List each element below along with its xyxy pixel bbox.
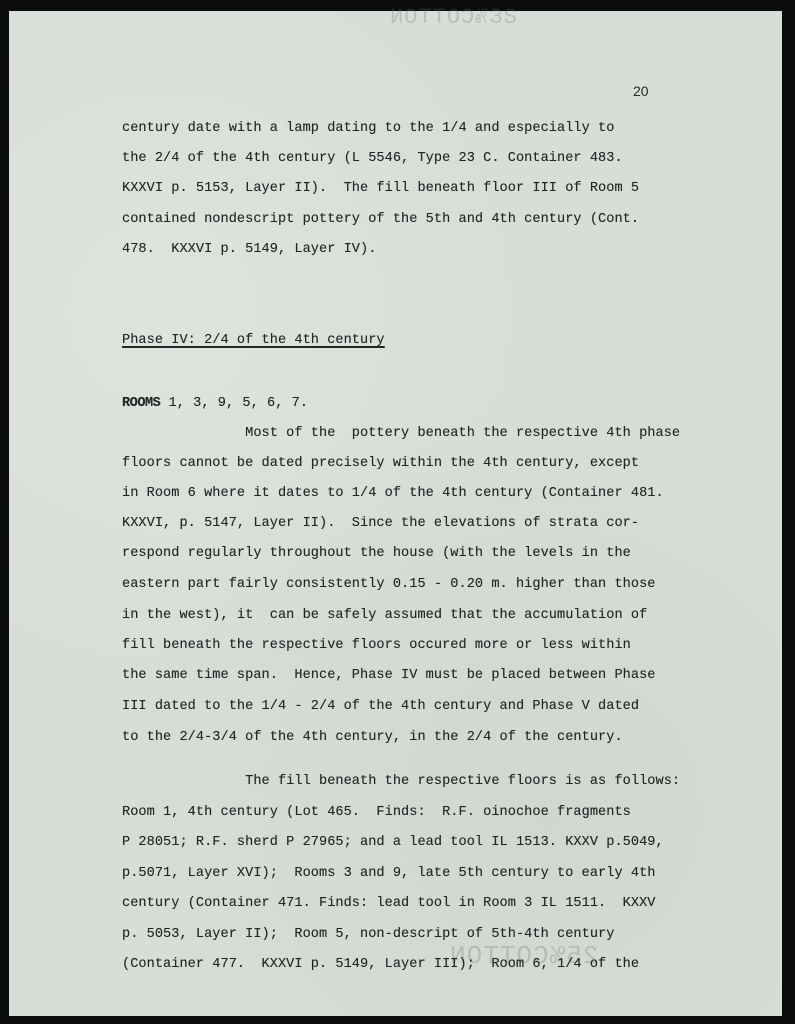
text-line: floors cannot be dated precisely within … [122,456,639,471]
rooms-label: ROOMS [122,396,160,411]
text-line: p.5071, Layer XVI); Rooms 3 and 9, late … [122,866,656,881]
text-line: to the 2/4-3/4 of the 4th century, in th… [122,730,623,745]
page-number: 20 [633,83,649,99]
paper-sheet: ƧƐ⅞COTTON 25%COTTON 20 century date with… [9,11,782,1016]
text-line: the same time span. Hence, Phase IV must… [122,668,656,683]
text-line: p. 5053, Layer II); Room 5, non-descript… [122,927,614,942]
text-line: the 2/4 of the 4th century (L 5546, Type… [122,151,623,166]
section-heading: Phase IV: 2/4 of the 4th century [122,333,385,348]
text-line: The fill beneath the respective floors i… [122,774,680,789]
text-line: III dated to the 1/4 - 2/4 of the 4th ce… [122,699,639,714]
rooms-values: 1, 3, 9, 5, 6, 7. [160,396,308,411]
text-line: in Room 6 where it dates to 1/4 of the 4… [122,486,664,501]
text-line: century (Container 471. Finds: lead tool… [122,896,656,911]
text-line: contained nondescript pottery of the 5th… [122,212,639,227]
text-line: century date with a lamp dating to the 1… [122,121,614,136]
text-line: Room 1, 4th century (Lot 465. Finds: R.F… [122,805,631,820]
rooms-line: ROOMS 1, 3, 9, 5, 6, 7. [122,396,308,411]
watermark-bleed-top: ƧƐ⅞COTTON [389,5,517,30]
text-line: respond regularly throughout the house (… [122,546,631,561]
text-line: 478. KXXVI p. 5149, Layer IV). [122,242,376,257]
text-line: (Container 477. KXXVI p. 5149, Layer III… [122,957,639,972]
text-line: in the west), it can be safely assumed t… [122,608,647,623]
scanned-page: ƧƐ⅞COTTON 25%COTTON 20 century date with… [0,0,795,1024]
text-line: eastern part fairly consistently 0.15 - … [122,577,656,592]
text-line: Most of the pottery beneath the respecti… [122,426,680,441]
text-line: KXXVI, p. 5147, Layer II). Since the ele… [122,516,639,531]
text-line: KXXVI p. 5153, Layer II). The fill benea… [122,181,639,196]
text-line: fill beneath the respective floors occur… [122,638,631,653]
text-line: P 28051; R.F. sherd P 27965; and a lead … [122,835,664,850]
